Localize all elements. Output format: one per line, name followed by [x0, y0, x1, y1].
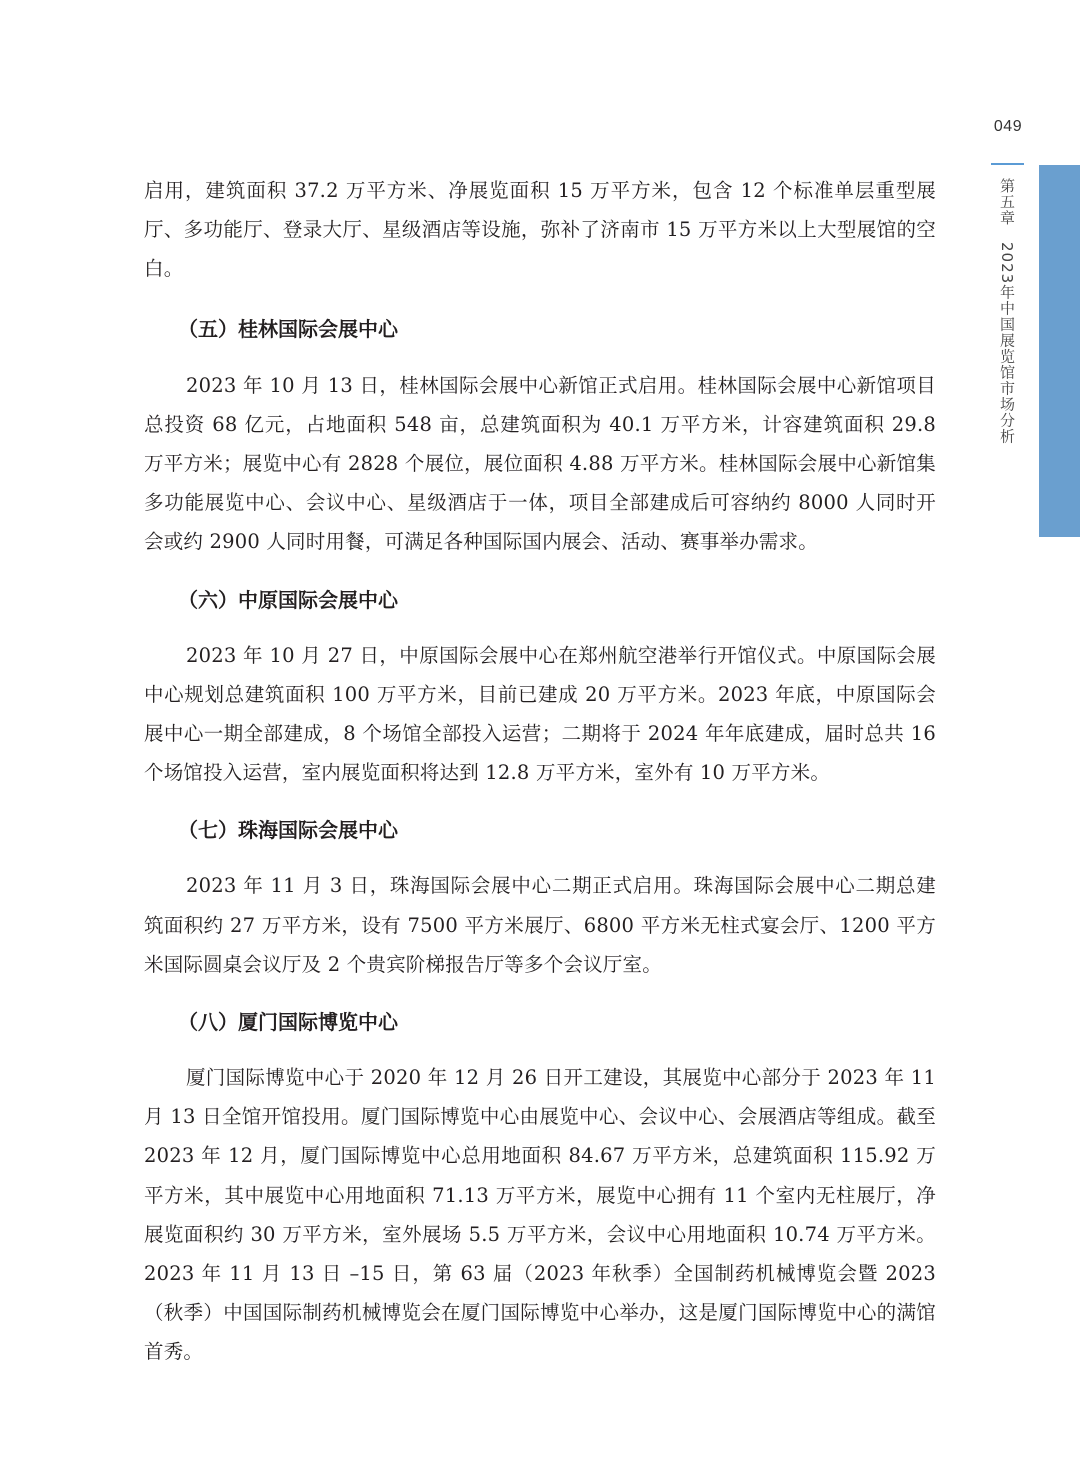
section-heading-xiamen: （八）厦门国际博览中心	[144, 1002, 936, 1042]
section-heading-zhuhai: （七）珠海国际会展中心	[144, 810, 936, 850]
section-body-zhuhai: 2023 年 11 月 3 日，珠海国际会展中心二期正式启用。珠海国际会展中心二…	[144, 866, 936, 984]
chapter-label: 第五章	[998, 178, 1016, 226]
section-body-xiamen: 厦门国际博览中心于 2020 年 12 月 26 日开工建设，其展览中心部分于 …	[144, 1058, 936, 1372]
page-number: 049	[991, 118, 1025, 136]
section-body-zhongyuan: 2023 年 10 月 27 日，中原国际会展中心在郑州航空港举行开馆仪式。中原…	[144, 636, 936, 793]
section-heading-guilin: （五）桂林国际会展中心	[144, 309, 936, 349]
chapter-running-title: 第五章2023年中国展览馆市场分析	[996, 178, 1018, 444]
section-body-guilin: 2023 年 10 月 13 日，桂林国际会展中心新馆正式启用。桂林国际会展中心…	[144, 366, 936, 562]
header-divider	[991, 163, 1024, 165]
section-heading-zhongyuan: （六）中原国际会展中心	[144, 580, 936, 620]
page-body: 启用，建筑面积 37.2 万平方米、净展览面积 15 万平方米，包含 12 个标…	[144, 171, 936, 1372]
chapter-title: 2023年中国展览馆市场分析	[998, 242, 1016, 444]
chapter-side-tab	[1039, 165, 1080, 537]
intro-paragraph: 启用，建筑面积 37.2 万平方米、净展览面积 15 万平方米，包含 12 个标…	[144, 171, 936, 289]
